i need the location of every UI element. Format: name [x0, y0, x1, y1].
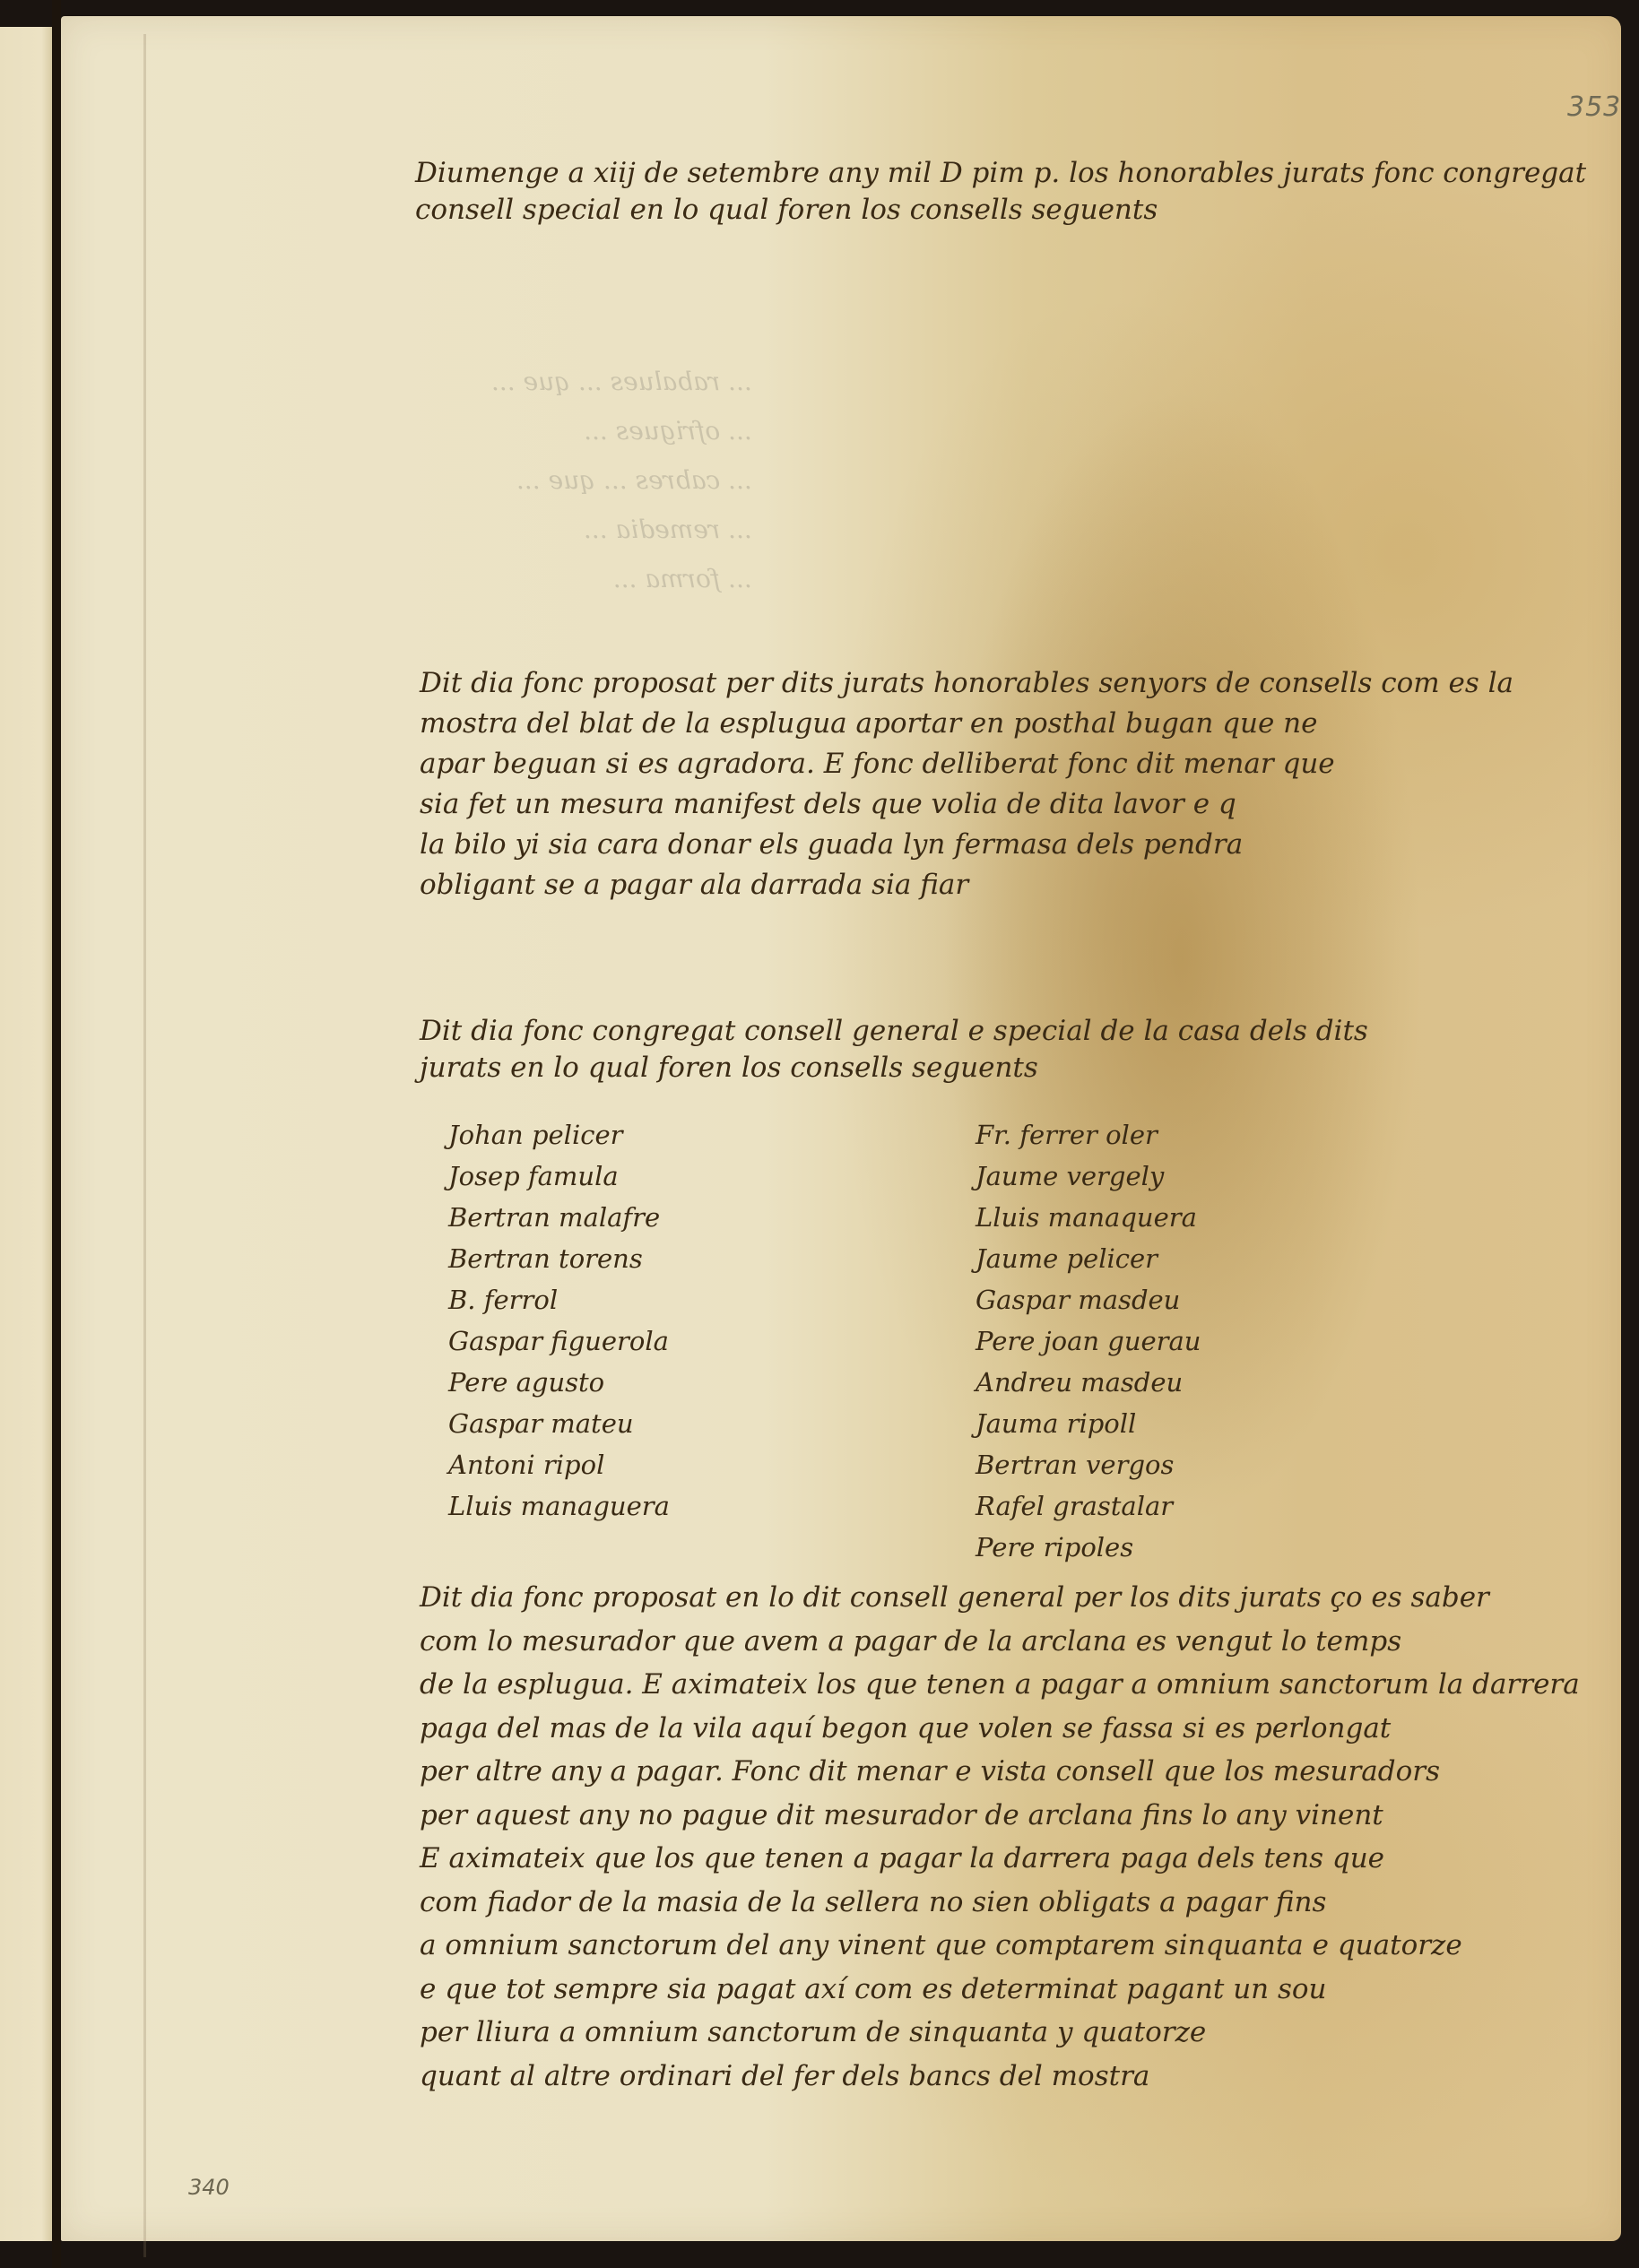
councillor-name: Gaspar masdeu	[976, 1279, 1201, 1320]
councillor-name: Pere joan guerau	[976, 1320, 1201, 1362]
text-line: e que tot sempre sia pagat axí com es de…	[420, 1968, 1580, 2012]
text-line: mostra del blat de la esplugua aportar e…	[420, 704, 1513, 744]
councillor-name: Lluis manaquera	[976, 1197, 1201, 1238]
text-line: sia fet un mesura manifest dels que voli…	[420, 784, 1513, 825]
councillor-name: Bertran malafre	[448, 1197, 670, 1238]
text-line: Dit dia fonc proposat en lo dit consell …	[420, 1576, 1580, 1620]
text-line: la bilo yi sia cara donar els guada lyn …	[420, 825, 1513, 865]
text-line: Dit dia fonc proposat per dits jurats ho…	[420, 663, 1513, 704]
text-line: com fiador de la masia de la sellera no …	[420, 1881, 1580, 1925]
text-line: E aximateix que los que tenen a pagar la…	[420, 1837, 1580, 1881]
councillor-name: Pere agusto	[448, 1362, 670, 1403]
text-line: per aquest any no pague dit mesurador de…	[420, 1794, 1580, 1838]
text-line: per lliura a omnium sanctorum de sinquan…	[420, 2011, 1580, 2055]
councillor-name: Pere ripoles	[976, 1527, 1201, 1568]
councillor-list-right: Fr. ferrer oler Jaume vergely Lluis mana…	[976, 1114, 1201, 1568]
entry-meeting-header: Diumenge a xiij de setembre any mil D pi…	[415, 155, 1586, 229]
councillor-name: Josep famula	[448, 1156, 670, 1197]
text-line: quant al altre ordinari del fer dels ban…	[420, 2055, 1580, 2099]
councillor-name: Andreu masdeu	[976, 1362, 1201, 1403]
councillor-name: Lluis managuera	[448, 1485, 670, 1527]
manuscript-page: 353 ... rabalues ... que ... ... ofrigue…	[61, 16, 1621, 2241]
councillor-name: Gaspar figuerola	[448, 1320, 670, 1362]
text-line: com lo mesurador que avem a pagar de la …	[420, 1620, 1580, 1664]
entry-wheat-sample-proposal: Dit dia fonc proposat per dits jurats ho…	[420, 663, 1513, 905]
text-line: Dit dia fonc congregat consell general e…	[420, 1013, 1368, 1050]
councillor-name: Jaume pelicer	[976, 1238, 1201, 1279]
text-line: jurats en lo qual foren los consells seg…	[420, 1050, 1368, 1086]
councillor-name: Jaume vergely	[976, 1156, 1201, 1197]
archive-number: 340	[188, 2175, 230, 2200]
councillor-name: Fr. ferrer oler	[976, 1114, 1201, 1156]
councillor-name: Rafel grastalar	[976, 1485, 1201, 1527]
councillor-name: Jauma ripoll	[976, 1403, 1201, 1444]
text-line: per altre any a pagar. Fonc dit menar e …	[420, 1750, 1580, 1794]
councillor-name: Antoni ripol	[448, 1444, 670, 1485]
bleed-through-text: ... rabalues ... que ... ... ofrigues ..…	[491, 357, 752, 603]
councillor-name: Bertran torens	[448, 1238, 670, 1279]
councillor-name: Johan pelicer	[448, 1114, 670, 1156]
binding-gutter	[52, 0, 61, 2268]
facing-page-edge	[0, 27, 52, 2241]
councillor-name: B. ferrol	[448, 1279, 670, 1320]
text-line: obligant se a pagar ala darrada sia fiar	[420, 865, 1513, 905]
text-line: paga del mas de la vila aquí begon que v…	[420, 1707, 1580, 1751]
text-line: apar beguan si es agradora. E fonc delli…	[420, 744, 1513, 784]
text-line: Diumenge a xiij de setembre any mil D pi…	[415, 155, 1586, 192]
text-line: a omnium sanctorum del any vinent que co…	[420, 1924, 1580, 1968]
councillor-name: Gaspar mateu	[448, 1403, 670, 1444]
councillor-name: Bertran vergos	[976, 1444, 1201, 1485]
text-line: consell special en lo qual foren los con…	[415, 192, 1586, 229]
text-line: de la esplugua. E aximateix los que tene…	[420, 1663, 1580, 1707]
councillor-list-left: Johan pelicer Josep famula Bertran malaf…	[448, 1114, 670, 1527]
folio-number: 353	[1567, 91, 1621, 123]
entry-payment-resolution: Dit dia fonc proposat en lo dit consell …	[420, 1576, 1580, 2098]
fold-crease	[143, 34, 146, 2257]
entry-general-council-header: Dit dia fonc congregat consell general e…	[420, 1013, 1368, 1086]
